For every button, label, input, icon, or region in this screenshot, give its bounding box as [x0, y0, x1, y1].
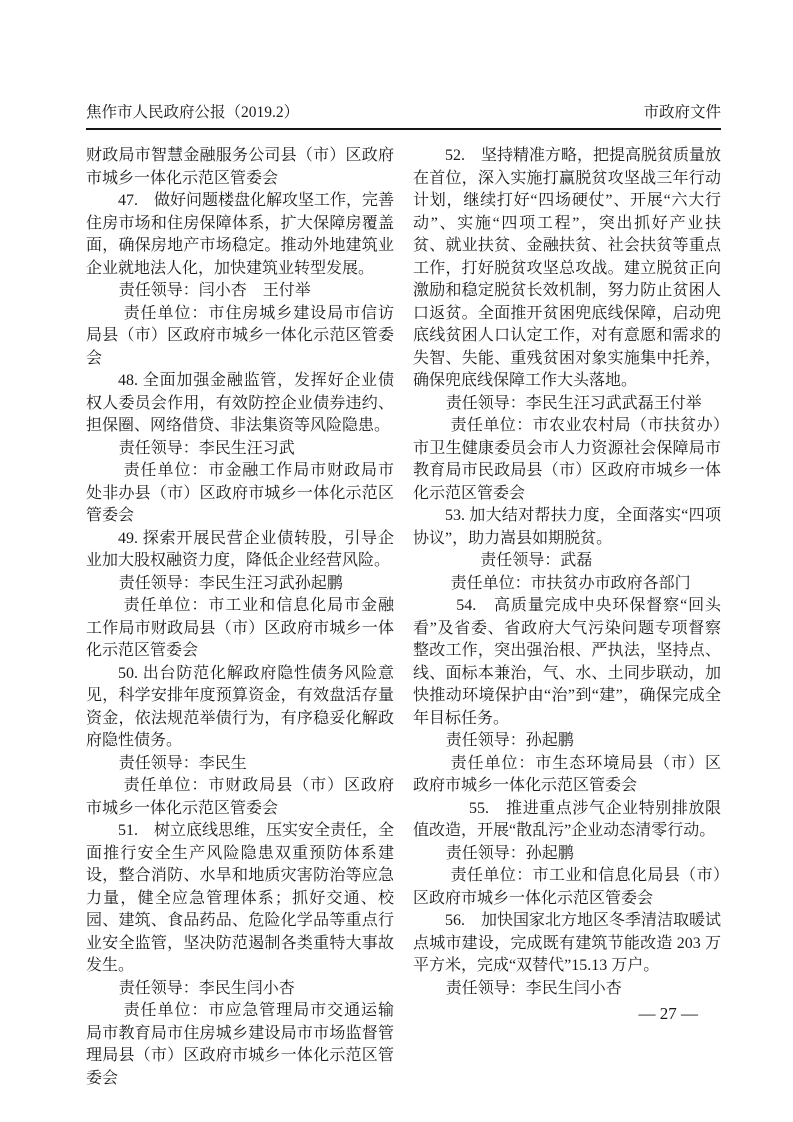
header-section-label: 市政府文件 [643, 103, 721, 122]
paragraph: 54. 高质量完成中央环保督察“回头看”及省委、省政府大气污染问题专项督察整改工… [413, 595, 721, 730]
paragraph: 责任领导：李民生汪习武武磊王付举 [413, 393, 721, 416]
paragraph: 责任领导：闫小杏 王付举 [86, 280, 394, 303]
paragraph: 责任领导：孙起鹏 [413, 843, 721, 866]
paragraph: 51. 树立底线思维，压实安全责任，全面推行安全生产风险隐患双重预防体系建设，整… [86, 820, 394, 978]
paragraph: 责任单位：市工业和信息化局市金融工作局市财政局县（市）区政府市城乡一体化示范区管… [86, 595, 394, 663]
paragraph: 责任领导：李民生汪习武 [86, 438, 394, 461]
right-column: 52. 坚持精准方略，把提高脱贫质量放在首位，深入实施打赢脱贫攻坚战三年行动计划… [413, 145, 721, 1090]
paragraph: 责任领导：李民生闫小杏 [86, 978, 394, 1001]
paragraph: 财政局市智慧金融服务公司县（市）区政府市城乡一体化示范区管委会 [86, 145, 394, 190]
paragraph: 50. 出台防范化解政府隐性债务风险意见，科学安排年度预算资金，有效盘活存量资金… [86, 663, 394, 753]
left-column: 财政局市智慧金融服务公司县（市）区政府市城乡一体化示范区管委会47. 做好问题楼… [86, 145, 394, 1090]
document-body: 财政局市智慧金融服务公司县（市）区政府市城乡一体化示范区管委会47. 做好问题楼… [86, 145, 721, 1090]
paragraph: 责任领导：孙起鹏 [413, 730, 721, 753]
header-publication-title: 焦作市人民政府公报（2019.2） [86, 103, 299, 122]
paragraph: 责任领导：李民生闫小杏 [413, 978, 721, 1001]
paragraph: 48. 全面加强金融监管，发挥好企业债权人委员会作用，有效防控企业债券违约、担保… [86, 370, 394, 438]
paragraph: 53. 加大结对帮扶力度，全面落实“四项协议”，助力嵩县如期脱贫。 [413, 505, 721, 550]
paragraph: 责任单位：市扶贫办市政府各部门 [413, 573, 721, 596]
paragraph: 责任领导：武磊 [413, 550, 721, 573]
paragraph: 责任单位：市应急管理局市交通运输局市教育局市住房城乡建设局市市场监督管理局县（市… [86, 1000, 394, 1090]
page-header: 焦作市人民政府公报（2019.2） 市政府文件 [86, 103, 721, 130]
paragraph: 责任领导：李民生汪习武孙起鹏 [86, 573, 394, 596]
paragraph: 49. 探索开展民营企业债转股，引导企业加大股权融资力度，降低企业经营风险。 [86, 528, 394, 573]
gazette-page: 焦作市人民政府公报（2019.2） 市政府文件 财政局市智慧金融服务公司县（市）… [0, 0, 793, 1122]
paragraph: 责任单位：市财政局县（市）区政府市城乡一体化示范区管委会 [86, 775, 394, 820]
paragraph: 55. 推进重点涉气企业特别排放限值改造，开展“散乱污”企业动态清零行动。 [413, 798, 721, 843]
paragraph: 责任单位：市工业和信息化局县（市）区政府市城乡一体化示范区管委会 [413, 865, 721, 910]
paragraph: 责任单位：市金融工作局市财政局市处非办县（市）区政府市城乡一体化示范区管委会 [86, 460, 394, 528]
page-number: — 27 — [639, 1004, 699, 1024]
paragraph: 责任单位：市住房城乡建设局市信访局县（市）区政府市城乡一体化示范区管委会 [86, 303, 394, 371]
paragraph: 47. 做好问题楼盘化解攻坚工作，完善住房市场和住房保障体系，扩大保障房覆盖面，… [86, 190, 394, 280]
paragraph: 责任领导：李民生 [86, 753, 394, 776]
paragraph: 责任单位：市农业农村局（市扶贫办）市卫生健康委员会市人力资源社会保障局市教育局市… [413, 415, 721, 505]
paragraph: 52. 坚持精准方略，把提高脱贫质量放在首位，深入实施打赢脱贫攻坚战三年行动计划… [413, 145, 721, 393]
paragraph: 责任单位：市生态环境局县（市）区政府市城乡一体化示范区管委会 [413, 753, 721, 798]
paragraph: 56. 加快国家北方地区冬季清洁取暖试点城市建设，完成既有建筑节能改造 203 … [413, 910, 721, 978]
